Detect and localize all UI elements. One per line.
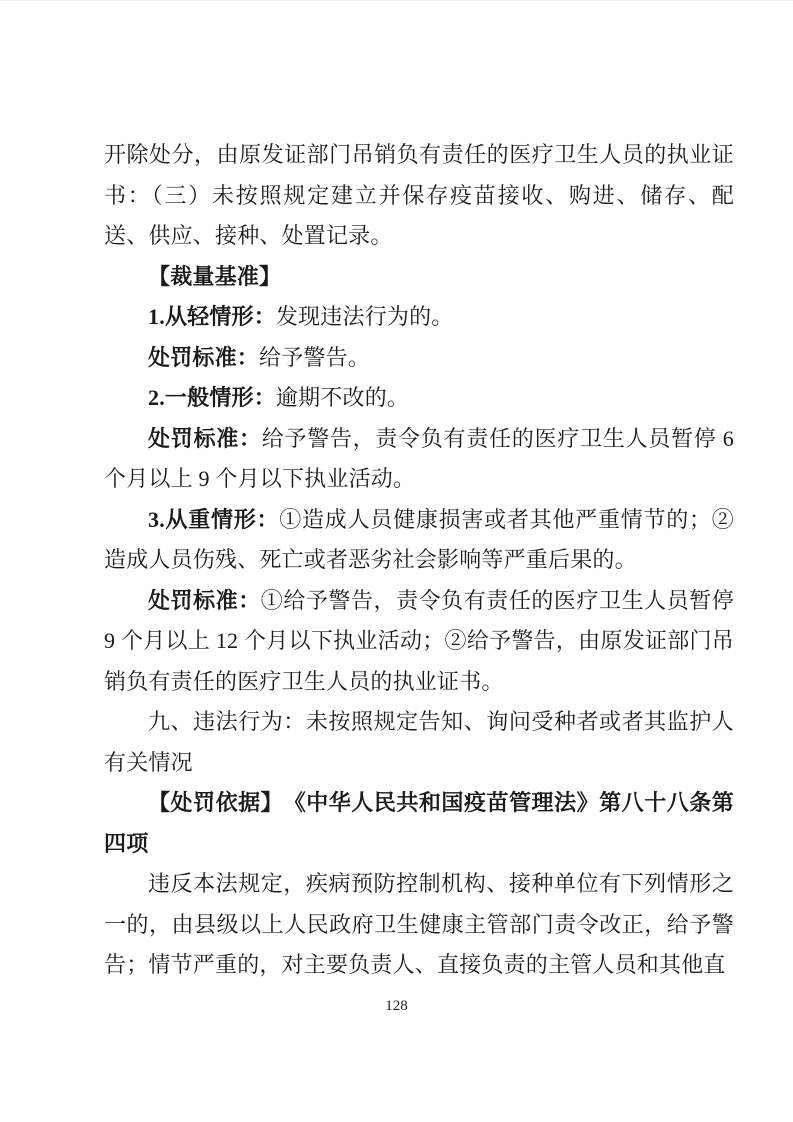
item-light-circumstance: 1.从轻情形：发现违法行为的。 (104, 297, 734, 338)
text-run: 逾期不改的。 (276, 385, 409, 410)
item-label: 处罚标准： (148, 426, 262, 451)
heading-label: 【处罚依据】 《中华人民共和国疫苗管理法》第八十八条第四项 (104, 790, 734, 856)
heading-label: 【裁量基准】 (148, 264, 281, 289)
text-run: 开除处分，由原发证部门吊销负有责任的医疗卫生人员的执业证书：（三）未按照规定建立… (104, 142, 734, 248)
item-penalty-standard-heavy: 处罚标准：①给予警告，责令负有责任的医疗卫生人员暂停 9 个月以上 12 个月以… (104, 581, 734, 703)
document-body: 开除处分，由原发证部门吊销负有责任的医疗卫生人员的执业证书：（三）未按照规定建立… (0, 1, 793, 986)
page-number: 128 (0, 998, 793, 1015)
heading-penalty-basis: 【处罚依据】 《中华人民共和国疫苗管理法》第八十八条第四项 (104, 783, 734, 864)
item-penalty-standard-light: 处罚标准：给予警告。 (104, 338, 734, 379)
item-label: 处罚标准： (148, 588, 261, 613)
document-page: 开除处分，由原发证部门吊销负有责任的医疗卫生人员的执业证书：（三）未按照规定建立… (0, 0, 793, 1122)
item-general-circumstance: 2.一般情形：逾期不改的。 (104, 378, 734, 419)
item-heavy-circumstance: 3.从重情形：①造成人员健康损害或者其他严重情节的；②造成人员伤残、死亡或者恶劣… (104, 500, 734, 581)
item-label: 2.一般情形： (148, 385, 276, 410)
paragraph-law-text: 违反本法规定，疾病预防控制机构、接种单位有下列情形之一的，由县级以上人民政府卫生… (104, 864, 734, 986)
item-label: 3.从重情形： (148, 507, 279, 532)
item-label: 处罚标准： (148, 345, 259, 370)
text-run: 给予警告。 (259, 345, 370, 370)
item-penalty-standard-general: 处罚标准：给予警告，责令负有责任的医疗卫生人员暂停 6 个月以上 9 个月以下执… (104, 419, 734, 500)
text-run: 九、违法行为：未按照规定告知、询问受种者或者其监护人有关情况 (104, 709, 734, 775)
heading-discretion-basis: 【裁量基准】 (104, 257, 734, 298)
paragraph-violation-nine: 九、违法行为：未按照规定告知、询问受种者或者其监护人有关情况 (104, 702, 734, 783)
paragraph-continuation-revoke-license: 开除处分，由原发证部门吊销负有责任的医疗卫生人员的执业证书：（三）未按照规定建立… (104, 135, 734, 257)
text-run: 发现违法行为的。 (276, 304, 454, 329)
text-run: 违反本法规定，疾病预防控制机构、接种单位有下列情形之一的，由县级以上人民政府卫生… (104, 871, 734, 977)
item-label: 1.从轻情形： (148, 304, 276, 329)
